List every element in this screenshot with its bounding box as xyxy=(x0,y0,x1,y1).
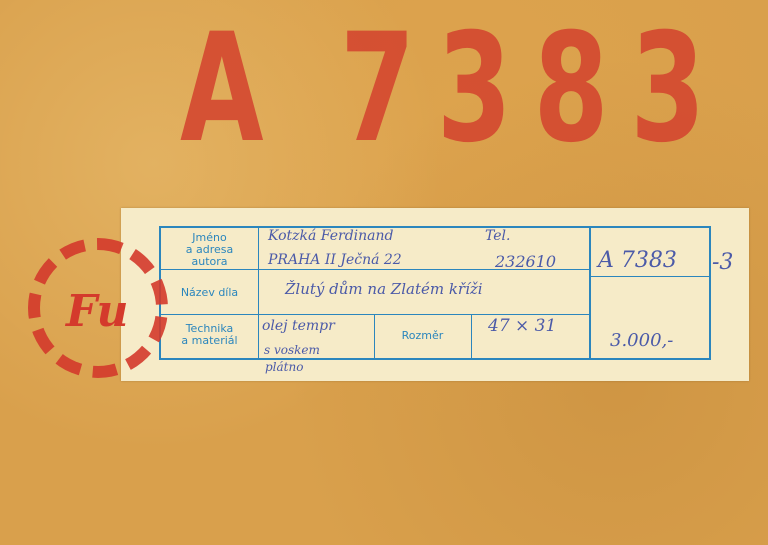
catalog-number: A 7383 xyxy=(598,248,677,273)
title-label: Název díla xyxy=(161,287,258,299)
technique-3: plátno xyxy=(265,360,303,374)
artwork-price: 3.000,- xyxy=(610,330,673,351)
technique-2: s voskem xyxy=(264,343,320,357)
author-address: PRAHA II Ječná 22 xyxy=(268,252,402,268)
size-label: Rozměr xyxy=(374,330,471,342)
catalog-suffix: -3 xyxy=(712,250,733,275)
inventory-number: 7383 xyxy=(340,14,727,164)
inventory-prefix: A xyxy=(180,14,264,164)
technique-1: olej tempr xyxy=(262,318,335,334)
technique-label: Technika a materiál xyxy=(161,323,258,347)
phone-number: 232610 xyxy=(495,252,556,271)
tel-label: Tel. xyxy=(485,228,510,244)
stamp-text: Fu xyxy=(66,286,128,337)
artwork-title: Žlutý dům na Zlatém kříži xyxy=(285,280,483,298)
artwork-size: 47 × 31 xyxy=(488,316,556,336)
author-name: Kotzká Ferdinand xyxy=(268,228,394,244)
author-label: Jméno a adresa autora xyxy=(161,232,258,268)
